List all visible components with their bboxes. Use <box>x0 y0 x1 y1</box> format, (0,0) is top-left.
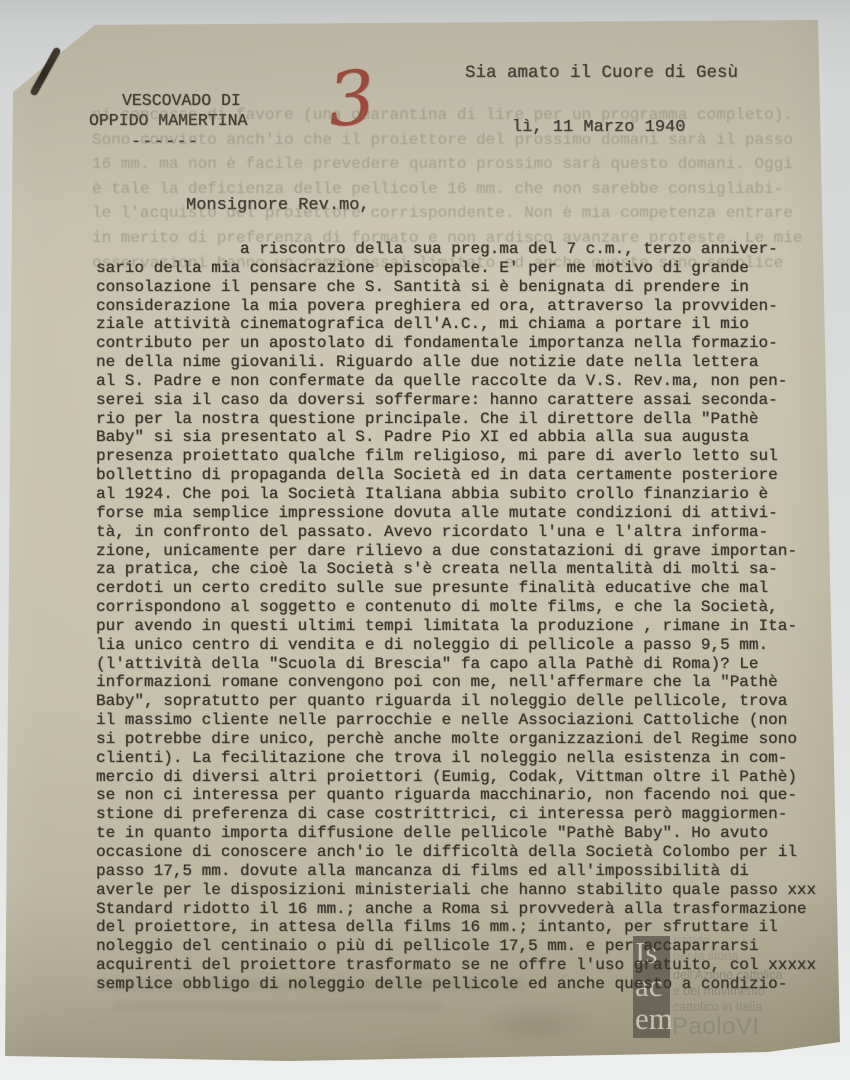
letter-page: ni concesse di favore (una quarantina di… <box>0 0 850 1080</box>
paper-stain <box>462 996 612 1052</box>
bleedthrough-smudge <box>112 1001 442 1011</box>
letter-motto: Sia amato il Cuore di Gesù <box>465 63 738 83</box>
watermark-institute-line: cattolico in Italia <box>673 1000 762 1014</box>
monogram-row: em <box>635 1002 670 1035</box>
scanner-bed: ni concesse di favore (una quarantina di… <box>0 0 850 1080</box>
letter-body: a riscontro della sua preg.ma del 7 c.m.… <box>96 240 816 994</box>
watermark-institute-name: PaoloVI <box>672 1013 760 1041</box>
